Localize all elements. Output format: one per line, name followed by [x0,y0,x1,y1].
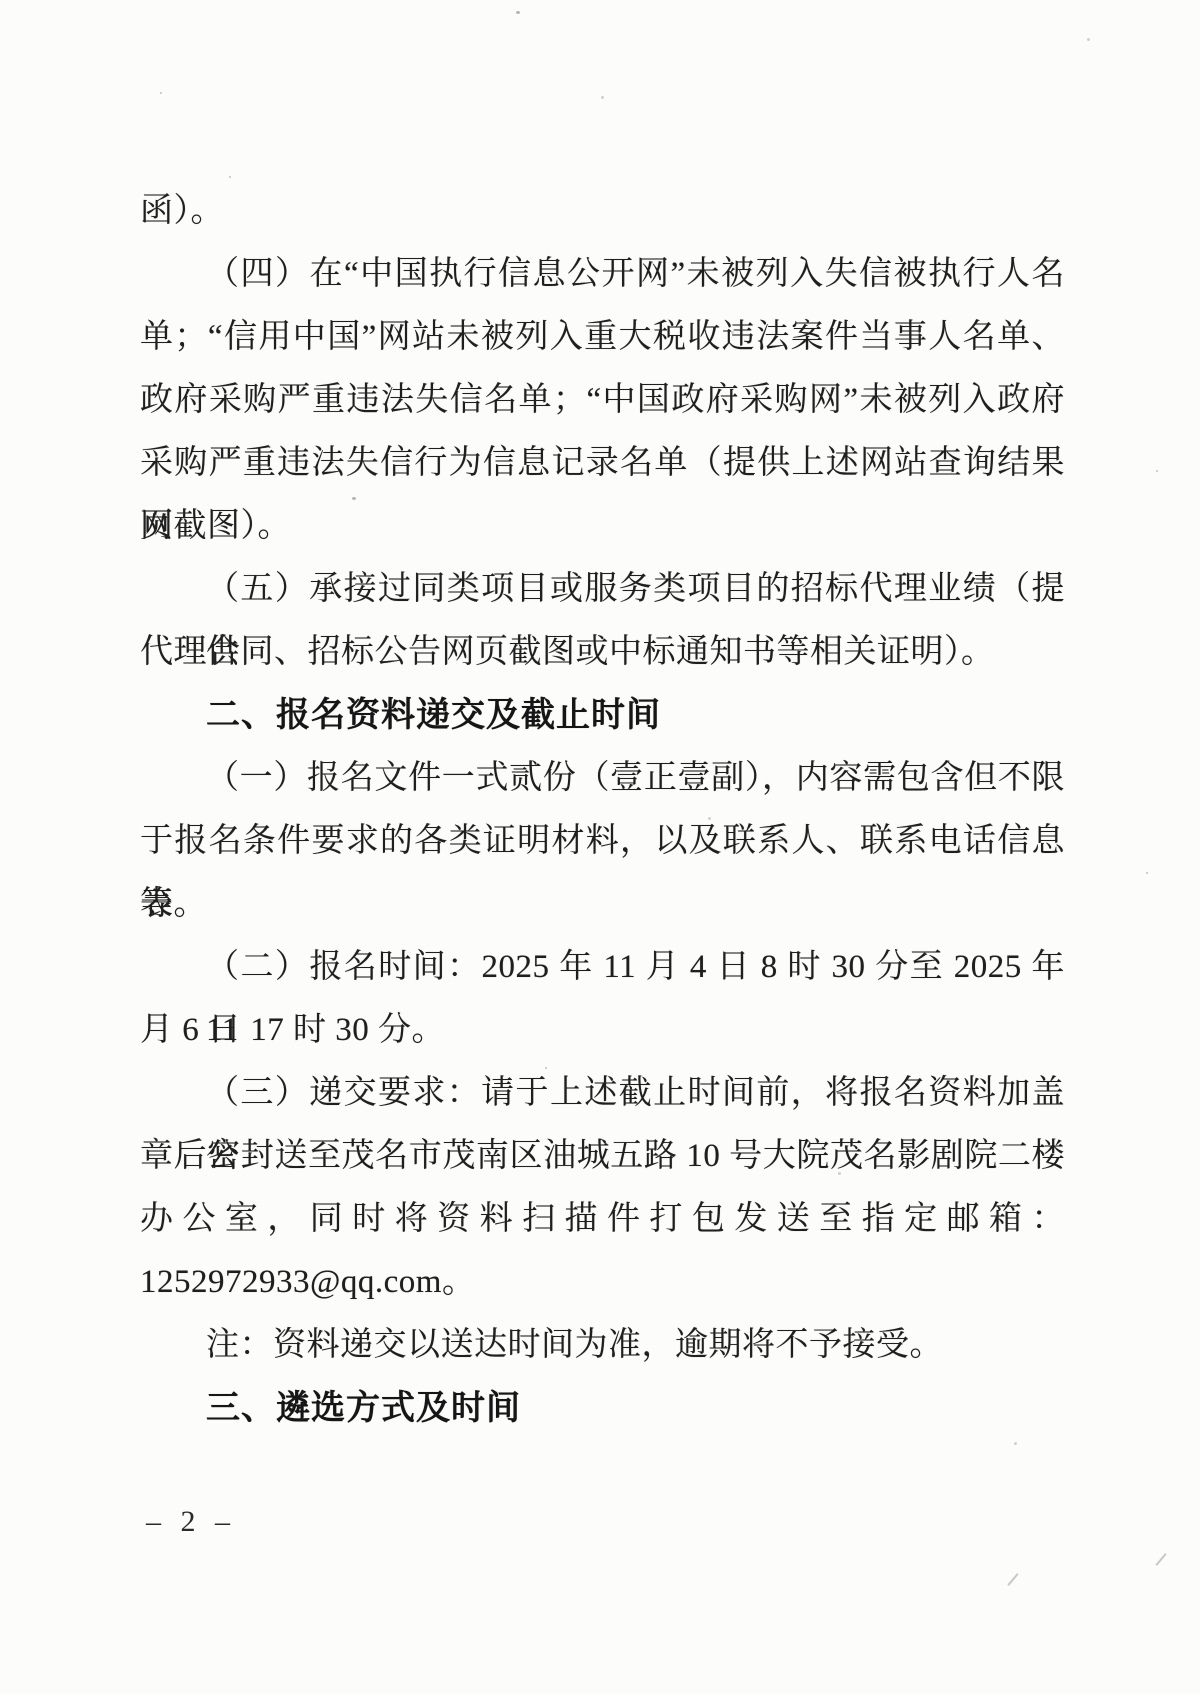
scan-speck [160,92,162,94]
text-line: 采购严重违法失信行为信息记录名单（提供上述网站查询结果网 [140,432,1065,495]
section-heading: 二、报名资料递交及截止时间 [140,684,1065,747]
scan-speck [229,176,231,178]
text-line: 1252972933@qq.com。 [140,1251,1065,1314]
scan-speck [1156,470,1158,472]
section-heading: 三、遴选方式及时间 [140,1377,1065,1440]
scan-speck [1087,38,1090,41]
document-body: 函）。（四）在“中国执行信息公开网”未被列入失信被执行人名单；“信用中国”网站未… [140,180,1065,1440]
text-line: 注：资料递交以送达时间为准，逾期将不予接受。 [140,1314,1065,1377]
scan-scratch [1007,1573,1018,1586]
text-line: 页截图）。 [140,495,1065,558]
text-line: 等。 [140,873,1065,936]
text-line: （五）承接过同类项目或服务类项目的招标代理业绩（提供 [140,558,1065,621]
scan-scratch [1155,1553,1166,1566]
text-line: （二）报名时间：2025 年 11 月 4 日 8 时 30 分至 2025 年… [140,936,1065,999]
scan-speck [708,817,711,820]
scan-speck [352,497,356,500]
text-line: 政府采购严重违法失信名单；“中国政府采购网”未被列入政府 [140,369,1065,432]
text-line: 于报名条件要求的各类证明材料，以及联系人、联系电话信息表 [140,810,1065,873]
text-line: 代理合同、招标公告网页截图或中标通知书等相关证明）。 [140,621,1065,684]
scan-speck [545,1067,547,1069]
scan-speck [152,903,154,905]
text-line: （一）报名文件一式贰份（壹正壹副），内容需包含但不限 [140,747,1065,810]
scanned-document-page: 函）。（四）在“中国执行信息公开网”未被列入失信被执行人名单；“信用中国”网站未… [0,0,1200,1694]
text-line: 办公室，同时将资料扫描件打包发送至指定邮箱： [140,1188,1065,1251]
scan-speck [601,96,604,99]
scan-speck [516,11,520,14]
text-line: 章后密封送至茂名市茂南区油城五路 10 号大院茂名影剧院二楼 [140,1125,1065,1188]
text-line: （三）递交要求：请于上述截止时间前，将报名资料加盖公 [140,1062,1065,1125]
text-line: 月 6 日 17 时 30 分。 [140,999,1065,1062]
text-line: 单；“信用中国”网站未被列入重大税收违法案件当事人名单、 [140,306,1065,369]
text-line: （四）在“中国执行信息公开网”未被列入失信被执行人名 [140,243,1065,306]
page-number: – 2 – [146,1505,236,1539]
text-line: 函）。 [140,180,1065,243]
scan-speck [1146,872,1148,874]
scan-speck [731,331,734,334]
scan-speck [1014,1442,1017,1445]
scan-speck [838,1172,841,1175]
